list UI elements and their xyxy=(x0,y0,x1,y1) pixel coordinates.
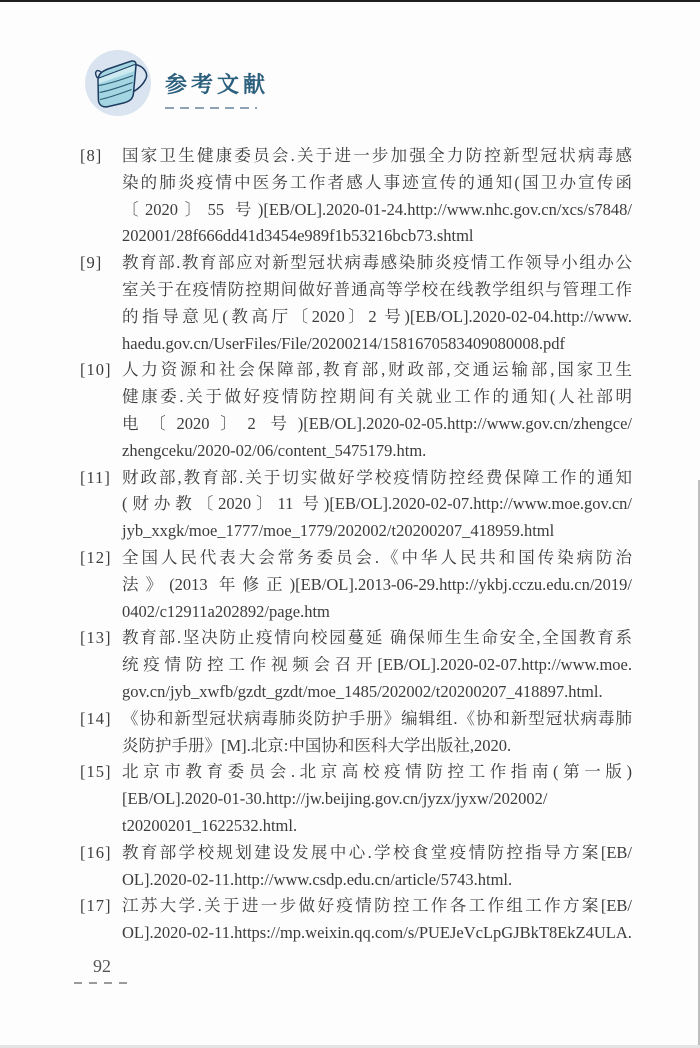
reference-label: [15] xyxy=(80,759,112,786)
reference-line: 法》(2013 年修正)[EB/OL].2013-06-29.http://yk… xyxy=(122,572,632,599)
reference-item-9: [9] 教育部.教育部应对新型冠状病毒感染肺炎疫情工作领导小组办公 室关于在疫情… xyxy=(80,250,632,357)
references-list: [8] 国家卫生健康委员会.关于进一步加强全力防控新型冠状病毒感 染的肺炎疫情中… xyxy=(80,143,632,947)
reference-line: 0402/c12911a202892/page.htm xyxy=(122,599,632,626)
reference-item-16: [16] 教育部学校规划建设发展中心.学校食堂疫情防控指导方案[EB/ OL].… xyxy=(80,840,632,894)
title-underline-dashes xyxy=(165,107,257,109)
reference-item-17: [17] 江苏大学.关于进一步做好疫情防控工作各工作组工作方案[EB/ OL].… xyxy=(80,893,632,947)
reference-item-13: [13] 教育部.坚决防止疫情向校园蔓延 确保师生生命安全,全国教育系 统疫情防… xyxy=(80,625,632,705)
reference-line: 统疫情防控工作视频会召开[EB/OL].2020-02-07.http://ww… xyxy=(122,652,632,679)
face-mask-icon xyxy=(83,48,153,118)
reference-line: 江苏大学.关于进一步做好疫情防控工作各工作组工作方案[EB/ xyxy=(122,893,632,920)
reference-item-8: [8] 国家卫生健康委员会.关于进一步加强全力防控新型冠状病毒感 染的肺炎疫情中… xyxy=(80,143,632,250)
reference-line: 教育部.坚决防止疫情向校园蔓延 确保师生生命安全,全国教育系 xyxy=(122,625,632,652)
page-header: 参考文献 xyxy=(83,48,269,118)
title-block: 参考文献 xyxy=(165,48,269,109)
reference-line: OL].2020-02-11.https://mp.weixin.qq.com/… xyxy=(122,920,632,947)
reference-line: 的指导意见(教高厅〔2020〕2 号)[EB/OL].2020-02-04.ht… xyxy=(122,304,632,331)
reference-line: (财办教〔2020〕11 号)[EB/OL].2020-02-07.http:/… xyxy=(122,491,632,518)
page-number-dashes xyxy=(74,982,134,984)
reference-line: 室关于在疫情防控期间做好普通高等学校在线教学组织与管理工作 xyxy=(122,277,632,304)
reference-item-12: [12] 全国人民代表大会常务委员会.《中华人民共和国传染病防治 法》(2013… xyxy=(80,545,632,625)
reference-line: OL].2020-02-11.http://www.csdp.edu.cn/ar… xyxy=(122,867,632,894)
reference-line: 电〔2020〕2 号)[EB/OL].2020-02-05.http://www… xyxy=(122,411,632,438)
reference-line: zhengceku/2020-02/06/content_5475179.htm… xyxy=(122,438,632,465)
reference-item-10: [10] 人力资源和社会保障部,教育部,财政部,交通运输部,国家卫生 健康委.关… xyxy=(80,357,632,464)
reference-label: [17] xyxy=(80,893,112,920)
reference-line: 202001/28f666dd41d3454e989f1b53216bcb73.… xyxy=(122,223,632,250)
reference-line: 教育部.教育部应对新型冠状病毒感染肺炎疫情工作领导小组办公 xyxy=(122,250,632,277)
reference-label: [13] xyxy=(80,625,112,652)
page-title: 参考文献 xyxy=(165,74,269,96)
reference-line: 教育部学校规划建设发展中心.学校食堂疫情防控指导方案[EB/ xyxy=(122,840,632,867)
reference-line: 健康委.关于做好疫情防控期间有关就业工作的通知(人社部明 xyxy=(122,384,632,411)
reference-line: t20200201_1622532.html. xyxy=(122,813,632,840)
reference-line: 染的肺炎疫情中医务工作者感人事迹宣传的通知(国卫办宣传函 xyxy=(122,170,632,197)
reference-line: 人力资源和社会保障部,教育部,财政部,交通运输部,国家卫生 xyxy=(122,357,632,384)
reference-item-11: [11] 财政部,教育部.关于切实做好学校疫情防控经费保障工作的通知 (财办教〔… xyxy=(80,465,632,545)
reference-line: [EB/OL].2020-01-30.http://jw.beijing.gov… xyxy=(122,786,632,813)
page-number: 92 xyxy=(74,956,130,977)
reference-line: 财政部,教育部.关于切实做好学校疫情防控经费保障工作的通知 xyxy=(122,465,632,492)
reference-label: [14] xyxy=(80,706,112,733)
reference-line: 北京市教育委员会.北京高校疫情防控工作指南(第一版) xyxy=(122,759,632,786)
reference-item-14: [14] 《协和新型冠状病毒肺炎防护手册》编辑组.《协和新型冠状病毒肺 炎防护手… xyxy=(80,706,632,760)
reference-line: jyb_xxgk/moe_1777/moe_1779/202002/t20200… xyxy=(122,518,632,545)
book-page: 参考文献 [8] 国家卫生健康委员会.关于进一步加强全力防控新型冠状病毒感 染的… xyxy=(0,0,700,1048)
reference-label: [8] xyxy=(80,143,102,170)
reference-line: 炎防护手册》[M].北京:中国协和医科大学出版社,2020. xyxy=(122,733,632,760)
reference-line: 〔2020〕55 号)[EB/OL].2020-01-24.http://www… xyxy=(122,197,632,224)
reference-label: [16] xyxy=(80,840,112,867)
page-footer: 92 xyxy=(74,956,144,984)
reference-label: [12] xyxy=(80,545,112,572)
reference-label: [11] xyxy=(80,465,111,492)
reference-line: gov.cn/jyb_xwfb/gzdt_gzdt/moe_1485/20200… xyxy=(122,679,632,706)
reference-line: 国家卫生健康委员会.关于进一步加强全力防控新型冠状病毒感 xyxy=(122,143,632,170)
reference-label: [9] xyxy=(80,250,102,277)
reference-line: 《协和新型冠状病毒肺炎防护手册》编辑组.《协和新型冠状病毒肺 xyxy=(122,706,632,733)
page-top-edge-line xyxy=(0,0,700,2)
reference-label: [10] xyxy=(80,357,112,384)
reference-line: haedu.gov.cn/UserFiles/File/20200214/158… xyxy=(122,331,632,358)
reference-item-15: [15] 北京市教育委员会.北京高校疫情防控工作指南(第一版) [EB/OL].… xyxy=(80,759,632,839)
reference-line: 全国人民代表大会常务委员会.《中华人民共和国传染病防治 xyxy=(122,545,632,572)
